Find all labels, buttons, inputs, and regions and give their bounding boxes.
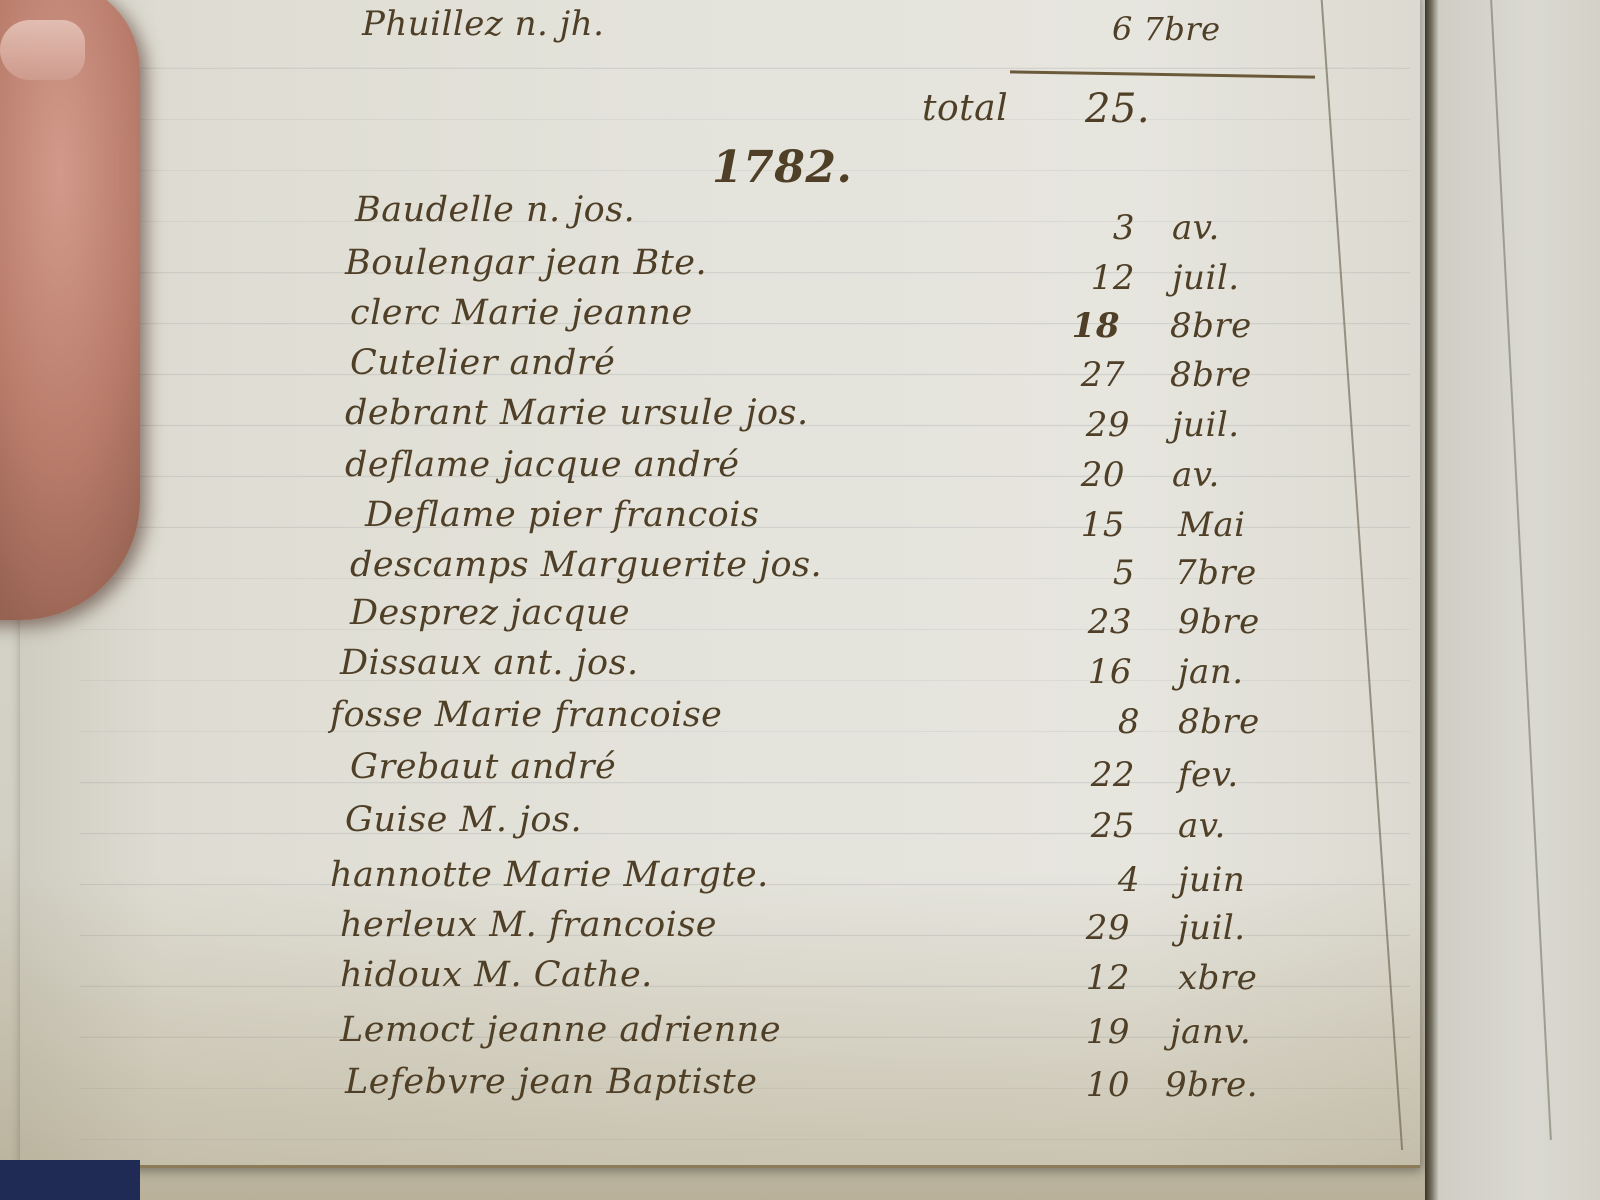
carryover-date: 6 7bre bbox=[1112, 10, 1221, 48]
thumb bbox=[0, 0, 140, 620]
total-label: total bbox=[922, 88, 1008, 129]
entry-name: deflame jacque andré bbox=[345, 445, 740, 485]
entry-day: 12 bbox=[1070, 958, 1130, 998]
entry-day: 8 bbox=[1080, 702, 1140, 742]
entry-day: 19 bbox=[1070, 1012, 1130, 1052]
entry-name: herleux M. francoise bbox=[340, 905, 717, 945]
entry-day: 16 bbox=[1072, 652, 1132, 692]
entry-name: fosse Marie francoise bbox=[330, 695, 722, 735]
entry-day: 29 bbox=[1070, 405, 1130, 445]
entry-name: hidoux M. Cathe. bbox=[340, 955, 653, 995]
year-heading: 1782. bbox=[712, 142, 852, 193]
entry-day: 4 bbox=[1080, 860, 1140, 900]
entry-day: 5 bbox=[1075, 553, 1135, 593]
entry-day: 23 bbox=[1072, 602, 1132, 642]
entry-day: 27 bbox=[1065, 355, 1125, 395]
entry-name: Cutelier andré bbox=[350, 343, 615, 383]
entry-month: Mai bbox=[1178, 505, 1245, 545]
entry-day: 29 bbox=[1070, 908, 1130, 948]
entry-month: 8bre bbox=[1170, 306, 1252, 346]
entry-month: janv. bbox=[1170, 1012, 1251, 1052]
entry-month: juil. bbox=[1178, 908, 1246, 948]
entry-day: 3 bbox=[1075, 208, 1135, 248]
entry-month: 7bre bbox=[1175, 553, 1257, 593]
entry-month: juil. bbox=[1172, 258, 1240, 298]
entry-month: 9bre. bbox=[1165, 1065, 1258, 1105]
entry-name: Dissaux ant. jos. bbox=[340, 643, 639, 683]
entry-month: 8bre bbox=[1178, 702, 1260, 742]
margin-line bbox=[1320, 0, 1403, 1150]
entry-day: 15 bbox=[1065, 505, 1125, 545]
entry-name: Lefebvre jean Baptiste bbox=[345, 1062, 757, 1102]
entry-name: clerc Marie jeanne bbox=[350, 293, 693, 333]
background-cloth bbox=[0, 1160, 140, 1200]
entry-name: debrant Marie ursule jos. bbox=[345, 393, 809, 433]
entry-month: av. bbox=[1172, 455, 1220, 495]
carryover-name: Phuillez n. jh. bbox=[362, 4, 604, 44]
entry-month: 9bre bbox=[1178, 602, 1260, 642]
entry-name: Desprez jacque bbox=[350, 593, 630, 633]
entry-month: juil. bbox=[1172, 405, 1240, 445]
entry-name: Baudelle n. jos. bbox=[355, 190, 635, 230]
entry-day: 22 bbox=[1075, 755, 1135, 795]
entry-name: Boulengar jean Bte. bbox=[345, 243, 707, 283]
total-value: 25. bbox=[1085, 86, 1150, 132]
entry-day: 20 bbox=[1065, 455, 1125, 495]
entry-month: fev. bbox=[1178, 755, 1239, 795]
entry-name: Deflame pier francois bbox=[365, 495, 759, 535]
entry-month: xbre bbox=[1178, 958, 1257, 998]
photo-scene: Phuillez n. jh. 6 7bre total 25. 1782. B… bbox=[0, 0, 1600, 1200]
entry-name: hannotte Marie Margte. bbox=[330, 855, 769, 895]
entry-name: descamps Marguerite jos. bbox=[350, 545, 822, 585]
entry-month: av. bbox=[1178, 806, 1226, 846]
thumbnail bbox=[0, 20, 85, 80]
entry-day: 25 bbox=[1075, 806, 1135, 846]
entry-month: 8bre bbox=[1170, 355, 1252, 395]
entry-month: juin bbox=[1178, 860, 1245, 900]
facing-page-edge bbox=[1425, 0, 1600, 1200]
facing-page-rule bbox=[1490, 0, 1552, 1140]
entry-name: Guise M. jos. bbox=[345, 800, 582, 840]
entry-day: 10 bbox=[1070, 1065, 1130, 1105]
entry-month: jan. bbox=[1178, 652, 1244, 692]
entry-month: av. bbox=[1172, 208, 1220, 248]
entry-day: 18 bbox=[1060, 306, 1120, 346]
entry-day: 12 bbox=[1075, 258, 1135, 298]
entry-name: Lemoct jeanne adrienne bbox=[340, 1010, 781, 1050]
entry-name: Grebaut andré bbox=[350, 747, 616, 787]
